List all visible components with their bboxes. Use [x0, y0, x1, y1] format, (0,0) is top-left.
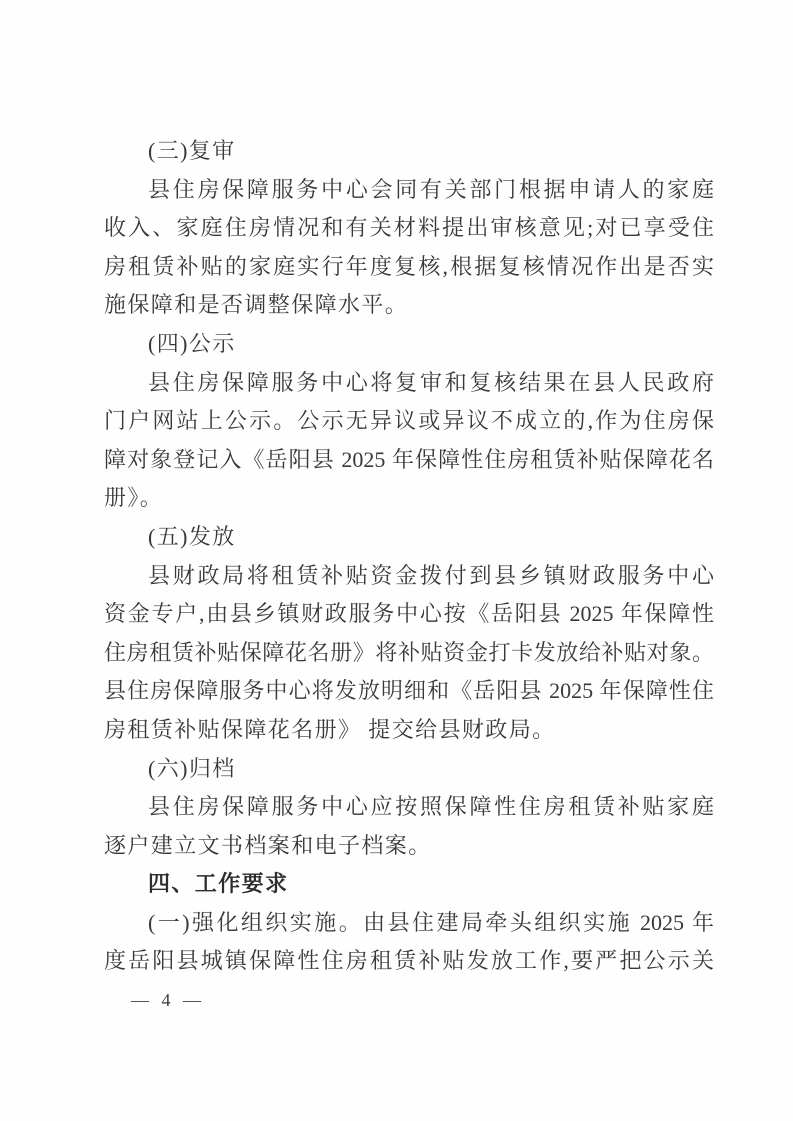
body-text-line: 县住房保障服务中心会同有关部门根据申请人的家庭: [104, 171, 714, 210]
body-text-line: 册》。: [104, 479, 714, 518]
body-text-line: (一)强化组织实施。由县住建局牵头组织实施 2025 年: [104, 904, 714, 943]
body-text-line: 住房租赁补贴保障花名册》将补贴资金打卡发放给补贴对象。: [104, 634, 714, 673]
body-text-line: 施保障和是否调整保障水平。: [104, 286, 714, 325]
section-heading-guidang: (六)归档: [104, 750, 714, 789]
body-text-line: 县财政局将租赁补贴资金拨付到县乡镇财政服务中心: [104, 557, 714, 596]
document-page: (三)复审 县住房保障服务中心会同有关部门根据申请人的家庭 收入、家庭住房情况和…: [0, 0, 793, 1121]
body-text-line: 县住房保障服务中心应按照保障性住房租赁补贴家庭: [104, 788, 714, 827]
section-heading-work-requirements: 四、工作要求: [104, 865, 714, 904]
section-heading-gongshi: (四)公示: [104, 325, 714, 364]
body-text-line: 逐户建立文书档案和电子档案。: [104, 827, 714, 866]
document-text-block: (三)复审 县住房保障服务中心会同有关部门根据申请人的家庭 收入、家庭住房情况和…: [104, 132, 714, 981]
page-number: — 4 —: [131, 988, 205, 1012]
section-heading-fushen: (三)复审: [104, 132, 714, 171]
body-text-line: 障对象登记入《岳阳县 2025 年保障性住房租赁补贴保障花名: [104, 441, 714, 480]
body-text-line: 县住房保障服务中心将复审和复核结果在县人民政府: [104, 364, 714, 403]
body-text-line: 度岳阳县城镇保障性住房租赁补贴发放工作,要严把公示关: [104, 942, 714, 981]
body-text-line: 资金专户,由县乡镇财政服务中心按《岳阳县 2025 年保障性: [104, 595, 714, 634]
body-text-line: 房租赁补贴的家庭实行年度复核,根据复核情况作出是否实: [104, 248, 714, 287]
body-text-line: 收入、家庭住房情况和有关材料提出审核意见;对已享受住: [104, 209, 714, 248]
body-text-line: 县住房保障服务中心将发放明细和《岳阳县 2025 年保障性住: [104, 672, 714, 711]
body-text-line: 房租赁补贴保障花名册》 提交给县财政局。: [104, 711, 714, 750]
section-heading-fafang: (五)发放: [104, 518, 714, 557]
body-text-line: 门户网站上公示。公示无异议或异议不成立的,作为住房保: [104, 402, 714, 441]
